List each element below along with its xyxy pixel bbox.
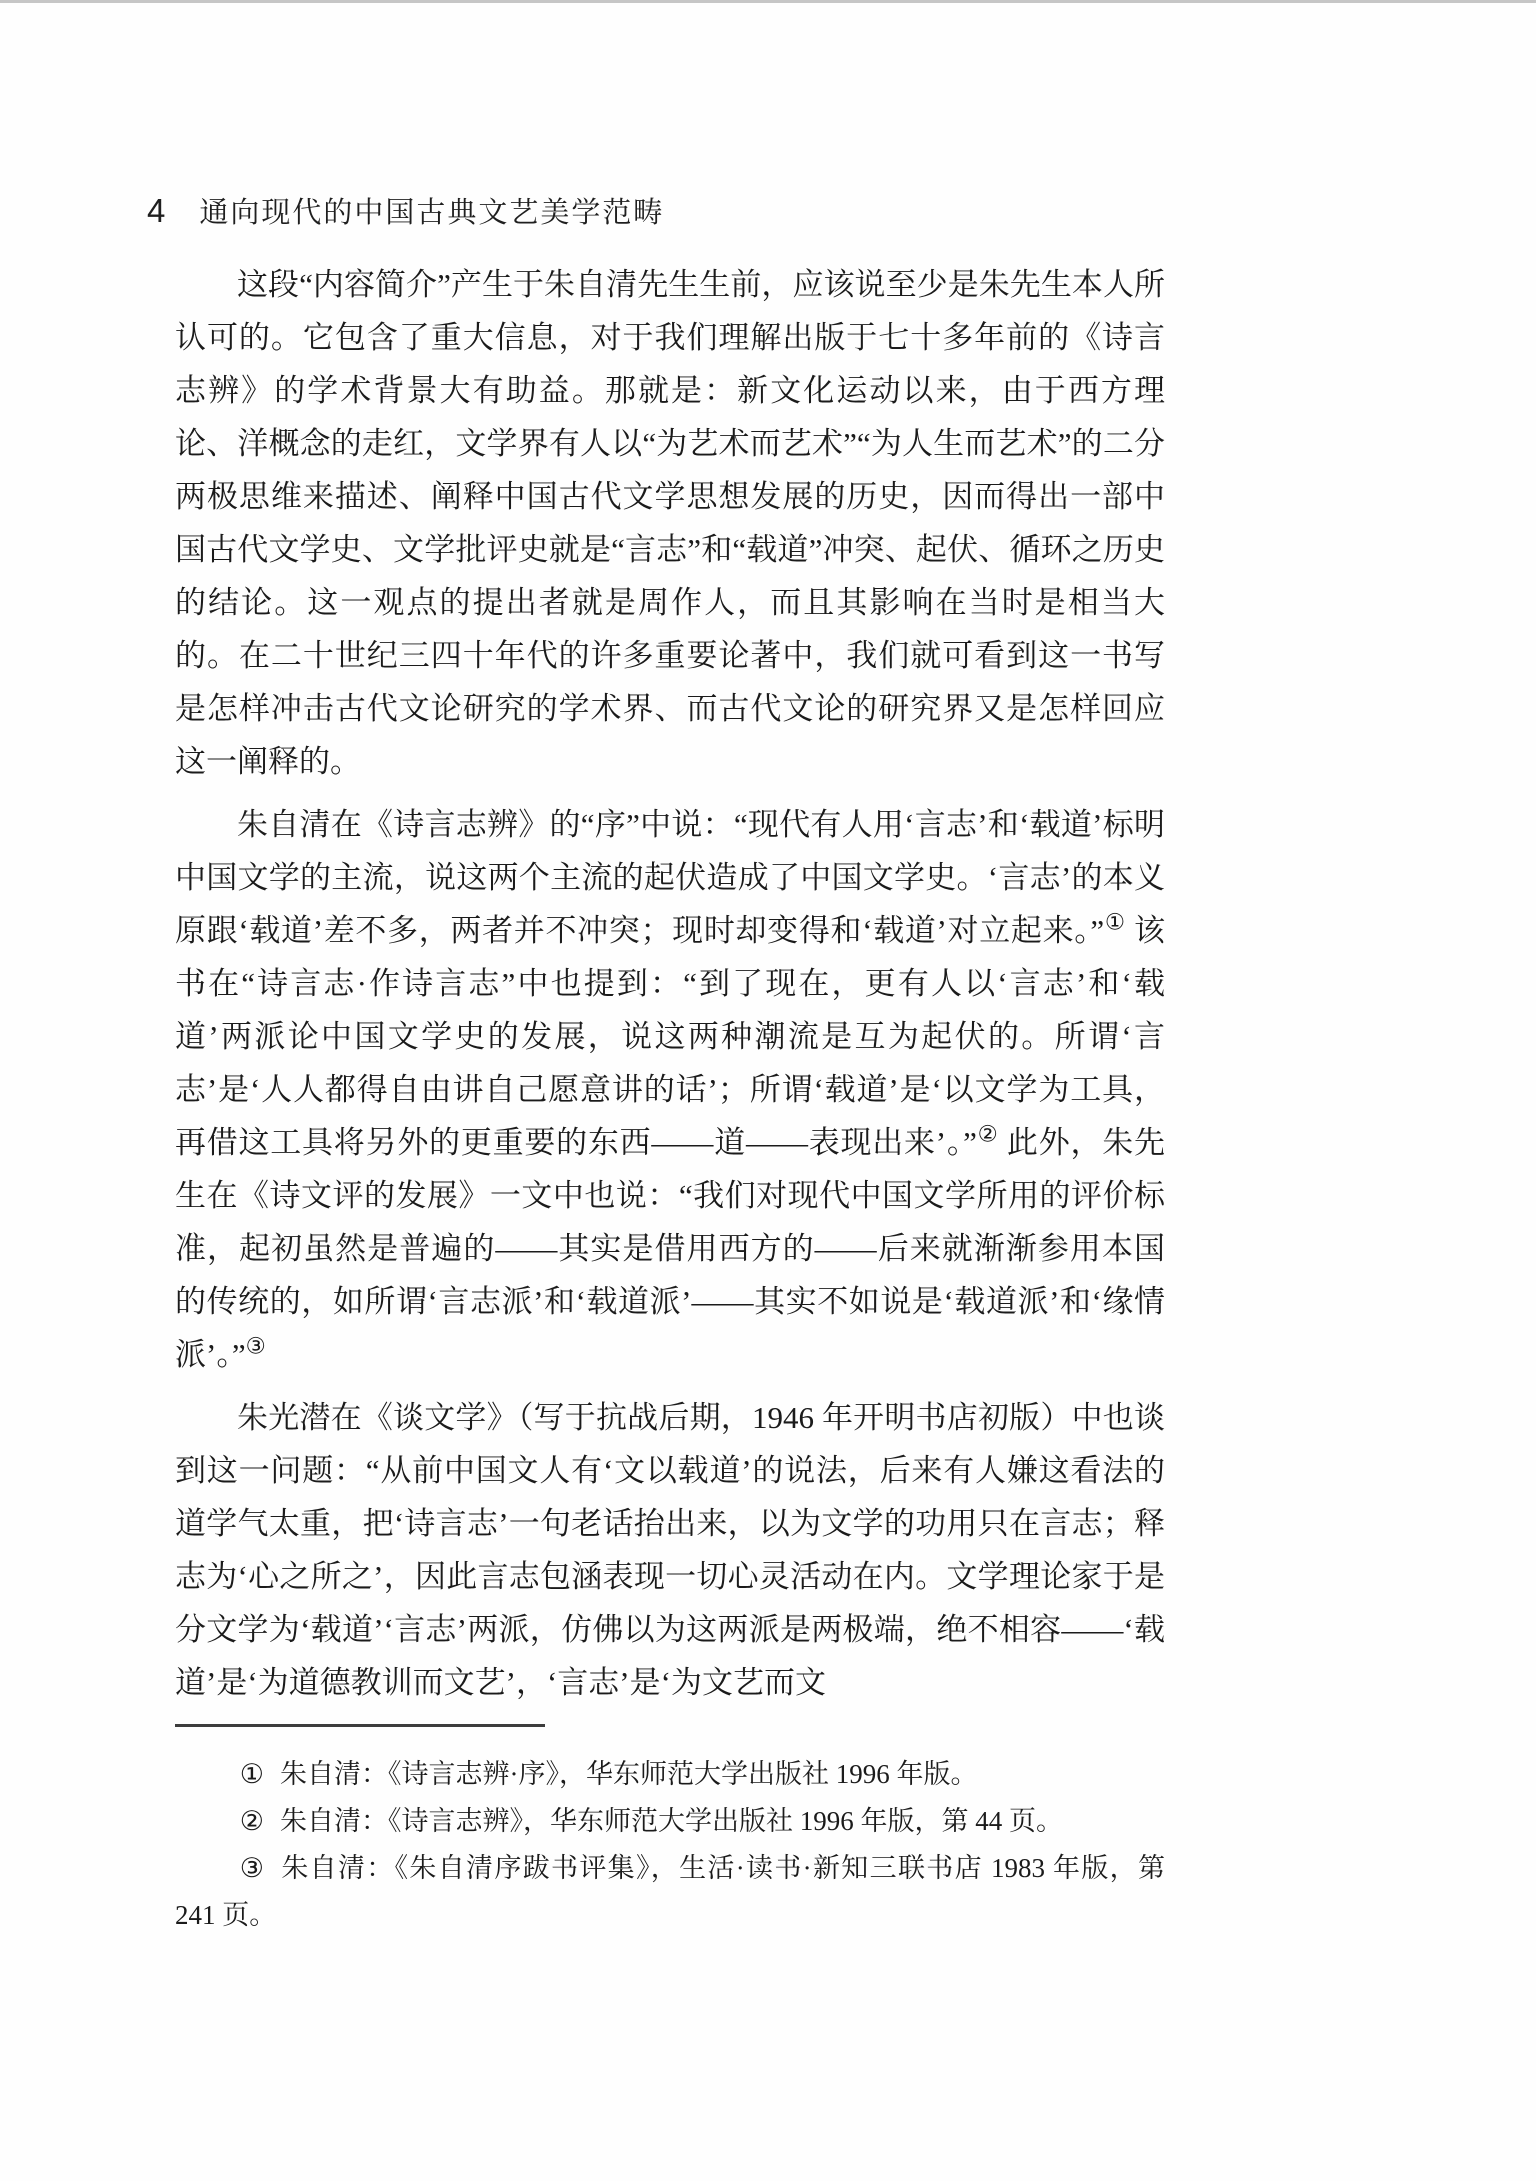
running-header: 4 通向现代的中国古典文艺美学范畴 xyxy=(147,190,664,231)
footnote-item: ③朱自清：《朱自清序跋书评集》，生活·读书·新知三联书店 1983 年版，第 2… xyxy=(175,1845,1165,1939)
page-number: 4 xyxy=(147,192,165,230)
book-page: 4 通向现代的中国古典文艺美学范畴 这段“内容简介”产生于朱自清先生生前，应该说… xyxy=(0,0,1536,2181)
footnote-list: ①朱自清：《诗言志辨·序》，华东师范大学出版社 1996 年版。②朱自清：《诗言… xyxy=(175,1751,1165,1939)
footnote-text: 朱自清：《诗言志辨》，华东师范大学出版社 1996 年版，第 44 页。 xyxy=(280,1806,1063,1836)
footnote-marker: ① xyxy=(240,1759,264,1789)
running-title: 通向现代的中国古典文艺美学范畴 xyxy=(199,190,664,231)
footnote-marker: ② xyxy=(240,1806,264,1836)
footnote-item: ①朱自清：《诗言志辨·序》，华东师范大学出版社 1996 年版。 xyxy=(175,1751,1165,1798)
footnote-text: 朱自清：《诗言志辨·序》，华东师范大学出版社 1996 年版。 xyxy=(280,1759,978,1789)
footnote-ref: ① xyxy=(1104,910,1125,935)
footnote-ref: ③ xyxy=(246,1334,266,1359)
body-text: 这段“内容简介”产生于朱自清先生生前，应该说至少是朱先生本人所认可的。它包含了重… xyxy=(175,258,1165,1709)
footnote-text: 朱自清：《朱自清序跋书评集》，生活·读书·新知三联书店 1983 年版，第 24… xyxy=(175,1853,1165,1930)
footnote-item: ②朱自清：《诗言志辨》，华东师范大学出版社 1996 年版，第 44 页。 xyxy=(175,1798,1165,1845)
footnote-separator xyxy=(175,1724,545,1727)
footnote-area: ①朱自清：《诗言志辨·序》，华东师范大学出版社 1996 年版。②朱自清：《诗言… xyxy=(175,1706,1165,1939)
paragraph: 朱光潜在《谈文学》（写于抗战后期，1946 年开明书店初版）中也谈到这一问题：“… xyxy=(175,1391,1165,1709)
paragraph: 朱自清在《诗言志辨》的“序”中说：“现代有人用‘言志’和‘载道’标明中国文学的主… xyxy=(175,798,1165,1381)
paragraph: 这段“内容简介”产生于朱自清先生生前，应该说至少是朱先生本人所认可的。它包含了重… xyxy=(175,258,1165,788)
footnote-ref: ② xyxy=(977,1122,999,1147)
footnote-marker: ③ xyxy=(240,1853,266,1883)
scan-edge xyxy=(0,0,1536,3)
